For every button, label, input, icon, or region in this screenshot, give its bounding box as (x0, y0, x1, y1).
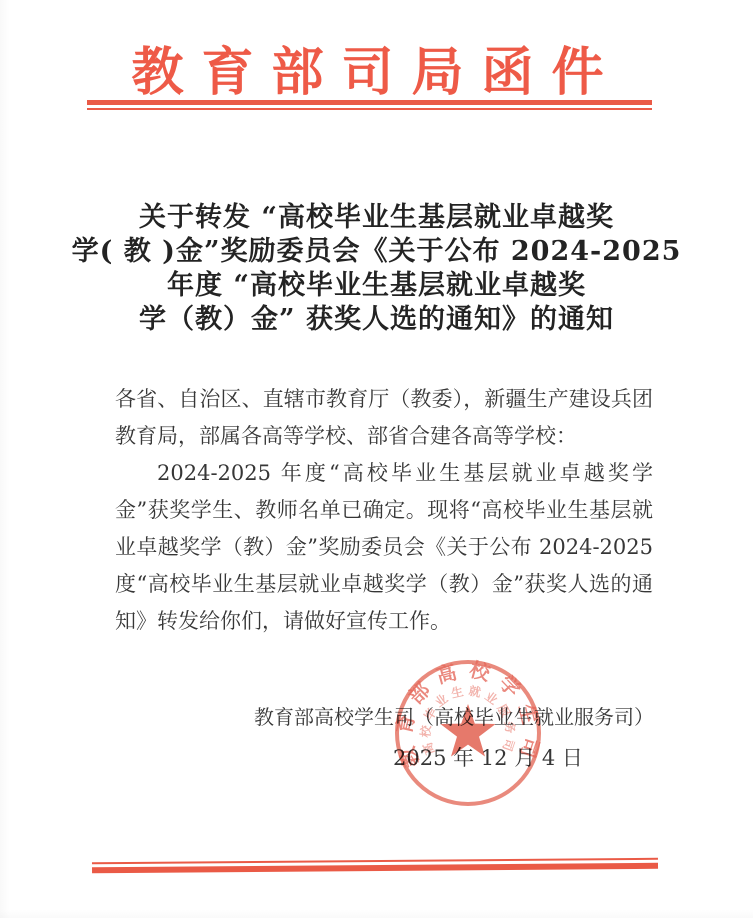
divider-thin-line (87, 108, 652, 110)
title-line-3: 年度 “高校毕业生基层就业卓越奖 (60, 269, 693, 303)
salutation-line: 各省、自治区、直辖市教育厅（教委），新疆生产建设兵团 (115, 381, 653, 418)
title-line-2: 学( 教 )金”奖励委员会《关于公布 2024-2025 (60, 235, 693, 269)
salutation-line: 教育局，部属各高等学校、部省合建各高等学校： (115, 418, 653, 455)
document-body: 各省、自治区、直辖市教育厅（教委），新疆生产建设兵团 教育局，部属各高等学校、部… (115, 381, 653, 640)
body-line: 2024-2025 年度“高校毕业生基层就业卓越奖学（教） (115, 455, 653, 492)
title-line-1: 关于转发 “高校毕业生基层就业卓越奖 (60, 201, 693, 235)
letterhead-title: 教育部司局函件 (0, 30, 753, 105)
title-line-4: 学（教）金” 获奖人选的通知》的通知 (60, 303, 693, 337)
body-line: 金”获奖学生、教师名单已确定。现将“高校毕业生基层就 (115, 492, 653, 529)
document-page: 教育部司局函件 关于转发 “高校毕业生基层就业卓越奖 学( 教 )金”奖励委员会… (0, 0, 753, 918)
footer-divider (92, 858, 658, 873)
body-line: 知》转发给你们，请做好宣传工作。 (115, 603, 653, 640)
star-icon (440, 704, 495, 757)
letterhead-divider-top (87, 100, 652, 110)
body-line: 度“高校毕业生基层就业卓越奖学（教）金”获奖人选的通 (115, 566, 653, 603)
body-line: 业卓越奖学（教）金”奖励委员会《关于公布 2024-2025 年 (115, 529, 653, 566)
document-title: 关于转发 “高校毕业生基层就业卓越奖 学( 教 )金”奖励委员会《关于公布 20… (60, 201, 693, 337)
official-seal: 教育部高校学生司 高校毕业生就业服务司 (393, 658, 543, 808)
